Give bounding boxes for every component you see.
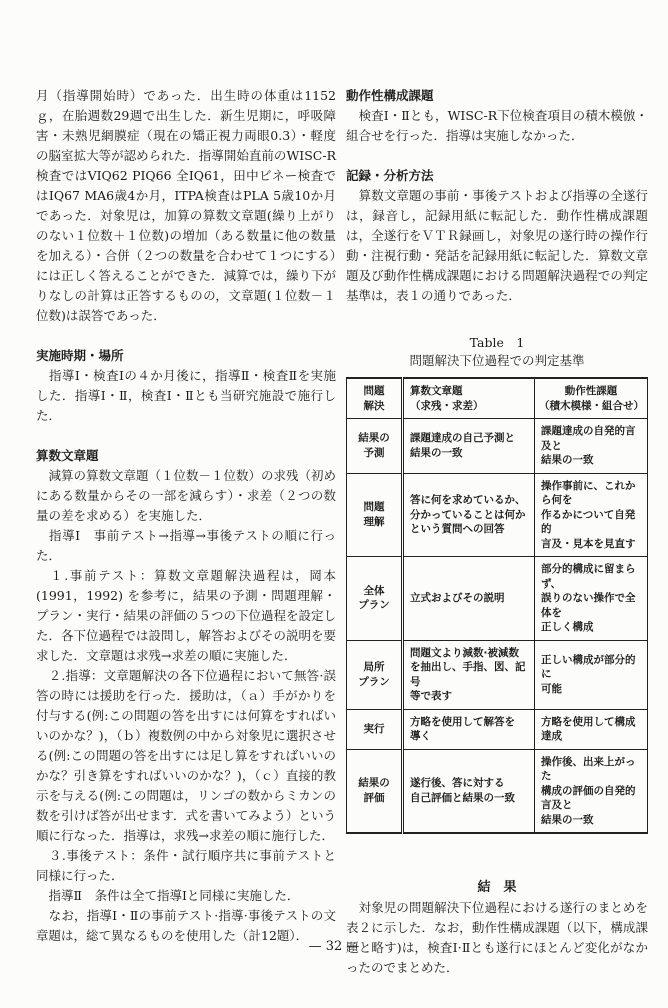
table-1-caption: Table 1 問題解決下位過程での判定基準 xyxy=(346,334,648,370)
paragraph-math: 減算の算数文章題（１位数－１位数）の求残（初めにある数量からその一部を減らす）・… xyxy=(36,466,336,526)
paragraph-recording: 算数文章題の事前・事後テストおよび指導の全遂行は，録音し，記録用紙に転記した．動… xyxy=(346,186,648,306)
table-row: 実行 方略を使用して解答を 導く 方略を使用して構成達成 xyxy=(347,709,648,749)
row-label: 結果の 予測 xyxy=(347,419,403,474)
row-cell-math: 方略を使用して解答を 導く xyxy=(403,709,535,749)
table-row: 全体 プラン 立式およびその説明 部分的構成に留まらず、 誤りのない操作で全体を… xyxy=(347,557,648,641)
table-1-caption-ja: 問題解決下位過程での判定基準 xyxy=(346,352,648,370)
paragraph-results: 対象児の問題解決下位過程における遂行のまとめを表２に示した．なお，動作性構成課題… xyxy=(346,898,648,978)
table-row: 局所 プラン 問題文より減数·被減数 を抽出し、手指、図、記号 等で表す 正しい… xyxy=(347,640,648,709)
judgment-criteria-table: 問題 解決 算数文章題 （求残・求差） 動作性課題 （積木模様・組合せ） 結果の… xyxy=(346,377,648,834)
row-cell-performance: 操作事前に、これから何を 作るかについて自発的 言及・見本を見直す xyxy=(535,473,648,557)
paragraph-motor: 検査Ⅰ・Ⅱとも，WISC-R下位検査項目の積木模倣・組合せを行った．指導は実施し… xyxy=(346,106,648,146)
row-cell-math: 問題文より減数·被減数 を抽出し、手指、図、記号 等で表す xyxy=(403,640,535,709)
table-row: 結果の 評価 遂行後、答に対する 自己評価と結果の一致 操作後、出来上がった 構… xyxy=(347,749,648,833)
row-cell-math: 答に何を求めているか、 分かっていることは何か という質問への回答 xyxy=(403,473,535,557)
row-cell-performance: 操作後、出来上がった 構成の評価の自発的言及と 結果の一致 xyxy=(535,749,648,833)
table-1-caption-en: Table 1 xyxy=(346,334,648,352)
header-performance-task: 動作性課題 （積木模様・組合せ） xyxy=(535,378,648,419)
row-cell-math: 課題達成の自己予測と 結果の一致 xyxy=(403,419,535,474)
row-label: 問題 理解 xyxy=(347,473,403,557)
section-heading-results: 結 果 xyxy=(346,878,648,898)
row-label: 実行 xyxy=(347,709,403,749)
section-heading-recording-analysis: 記録・分析方法 xyxy=(346,166,648,186)
row-cell-math: 立式およびその説明 xyxy=(403,557,535,641)
row-label: 全体 プラン xyxy=(347,557,403,641)
section-heading-math-word-problems: 算数文章題 xyxy=(36,446,336,466)
table-1-block: Table 1 問題解決下位過程での判定基準 問題 解決 算数文章題 （求残・求… xyxy=(346,334,648,834)
row-cell-performance: 正しい構成が部分的に 可能 xyxy=(535,640,648,709)
row-cell-performance: 方略を使用して構成達成 xyxy=(535,709,648,749)
header-math-word-problem: 算数文章題 （求残・求差） xyxy=(403,378,535,419)
section-heading-motor-construction-task: 動作性構成課題 xyxy=(346,86,648,106)
paper-page: 月（指導開始時）であった．出生時の体重は1152ｇ，在胎週数29週で出生した．新… xyxy=(0,0,668,1008)
paragraph-pretest: １.事前テスト：算数文章題解決過程は，岡本(1991，1992) を参考に，結果… xyxy=(36,566,336,666)
row-cell-performance: 部分的構成に留まらず、 誤りのない操作で全体を 正しく構成 xyxy=(535,557,648,641)
intro-paragraph: 月（指導開始時）であった．出生時の体重は1152ｇ，在胎週数29週で出生した．新… xyxy=(36,86,336,326)
row-cell-math: 遂行後、答に対する 自己評価と結果の一致 xyxy=(403,749,535,833)
left-column: 月（指導開始時）であった．出生時の体重は1152ｇ，在胎週数29週で出生した．新… xyxy=(36,86,336,946)
paragraph-guidance2: 指導Ⅱ 条件は全て指導Ⅰと同様に実施した． xyxy=(36,886,336,906)
header-problem-solving: 問題 解決 xyxy=(347,378,403,419)
table-row: 結果の 予測 課題達成の自己予測と 結果の一致 課題達成の自発的言及と 結果の一… xyxy=(347,419,648,474)
row-label: 局所 プラン xyxy=(347,640,403,709)
page-number: — 32 — xyxy=(0,939,668,954)
row-label: 結果の 評価 xyxy=(347,749,403,833)
paragraph-teaching: ２.指導：文章題解決の各下位過程において無答·誤答の時には援助を行った．援助は，… xyxy=(36,666,336,846)
paragraph-guidance1: 指導Ⅰ 事前テスト→指導→事後テストの順に行った． xyxy=(36,526,336,566)
table-row: 問題 理解 答に何を求めているか、 分かっていることは何か という質問への回答 … xyxy=(347,473,648,557)
section-heading-period-place: 実施時期・場所 xyxy=(36,346,336,366)
paragraph-period-place: 指導Ⅰ・検査Ⅰの４か月後に，指導Ⅱ・検査Ⅱを実施した．指導Ⅰ・Ⅱ，検査Ⅰ・Ⅱとも… xyxy=(36,366,336,426)
right-column: 動作性構成課題 検査Ⅰ・Ⅱとも，WISC-R下位検査項目の積木模倣・組合せを行っ… xyxy=(346,86,648,978)
row-cell-performance: 課題達成の自発的言及と 結果の一致 xyxy=(535,419,648,474)
paragraph-posttest: ３.事後テスト：条件・試行順序共に事前テストと同様に行った． xyxy=(36,846,336,886)
table-header-row: 問題 解決 算数文章題 （求残・求差） 動作性課題 （積木模様・組合せ） xyxy=(347,378,648,419)
